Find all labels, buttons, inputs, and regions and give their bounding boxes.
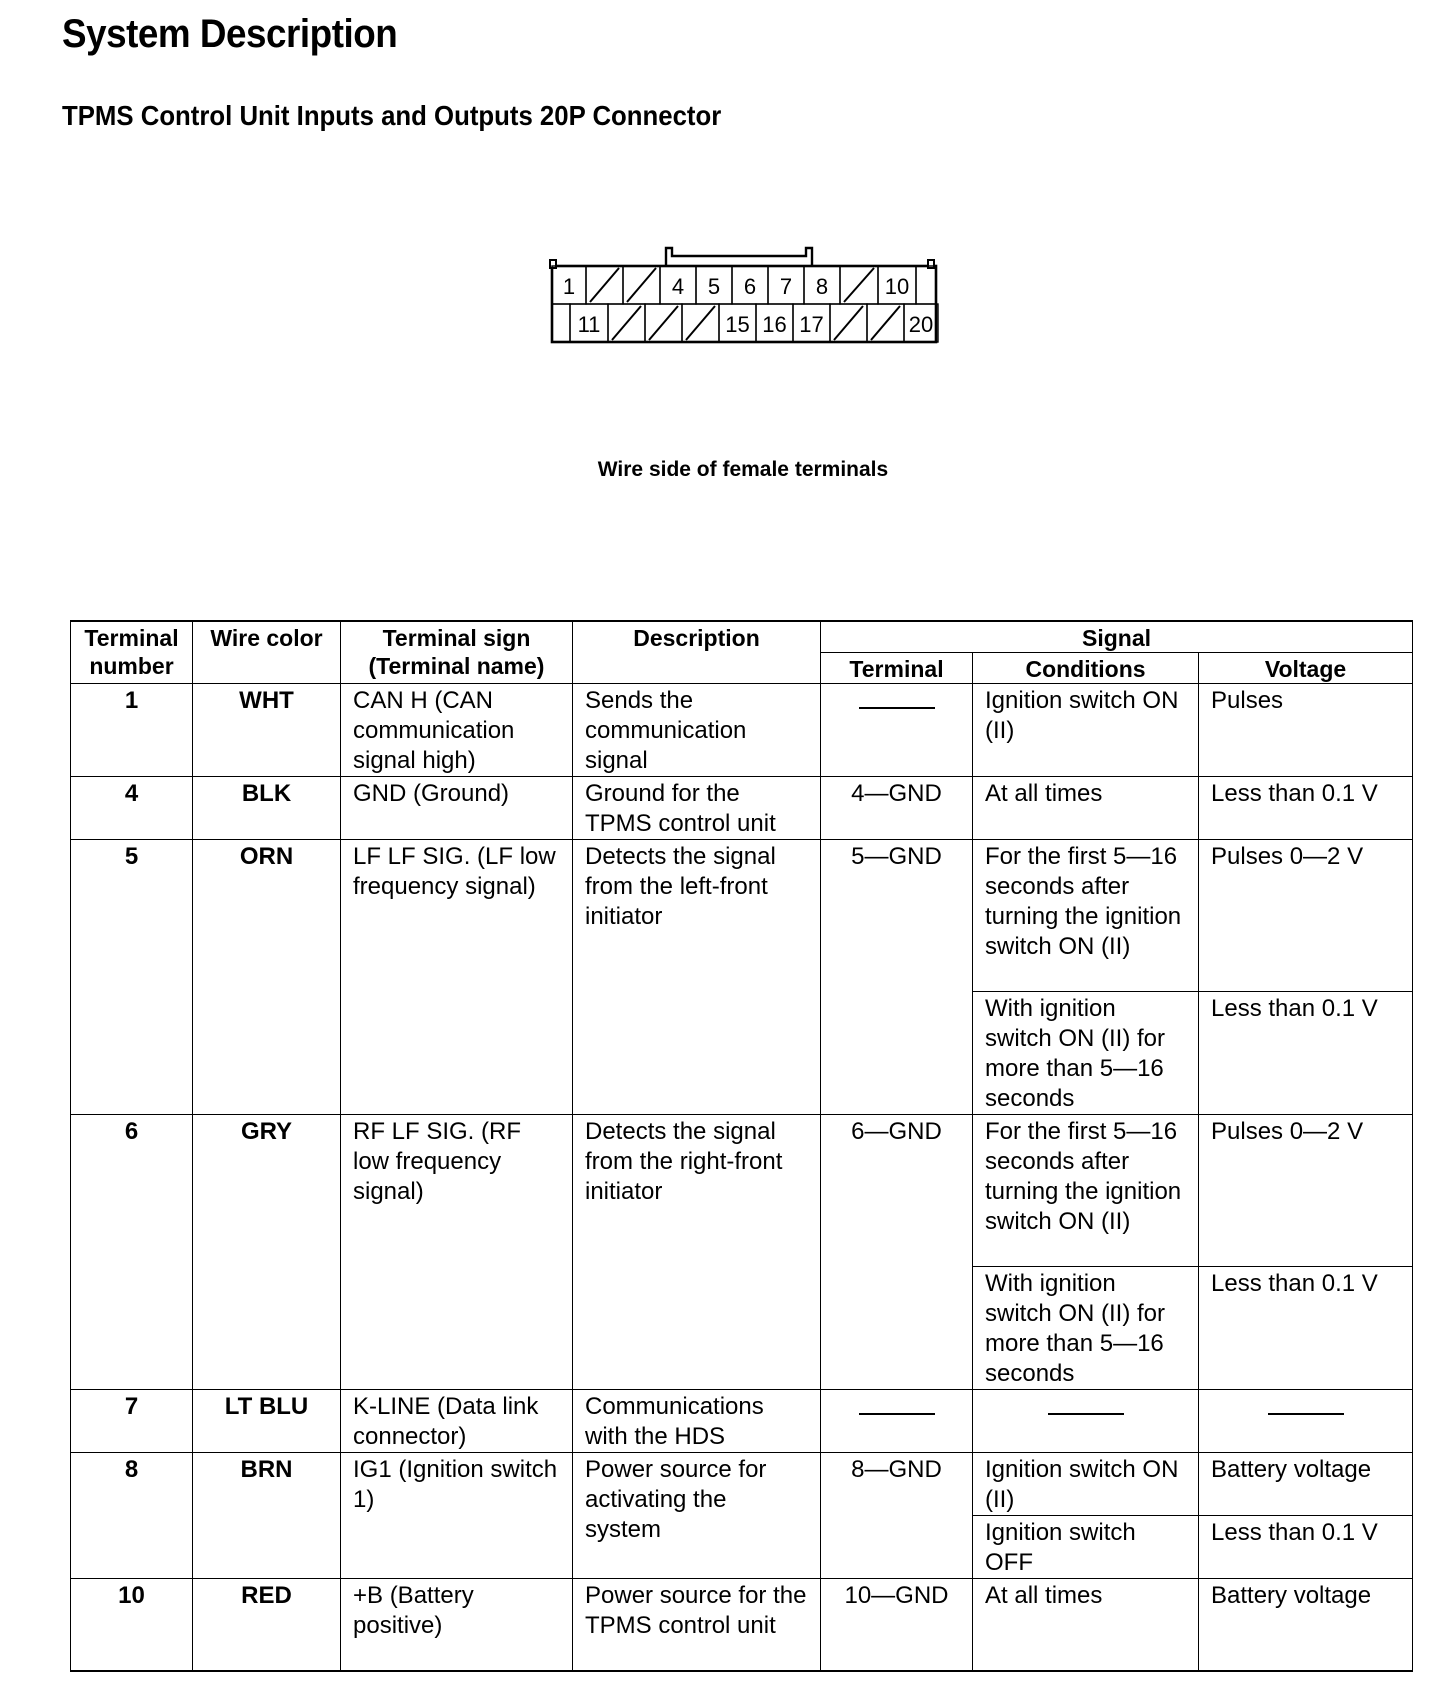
page-title: System Description [62,12,397,57]
description-cell: Power source for activating the system [573,1453,821,1579]
header-text: Terminal sign [383,625,531,651]
header-signal-conditions: Conditions [973,653,1199,684]
svg-text:16: 16 [762,312,786,337]
header-terminal-sign: Terminal sign (Terminal name) [341,621,573,684]
signal-terminal-cell: 4—GND [821,777,973,840]
conditions-cell: Ignition switch ON (II) [973,684,1199,777]
terminal-table: Terminal number Wire color Terminal sign… [70,620,1413,1672]
table-row: 6GRYRF LF SIG. (RF low frequency signal)… [71,1115,1413,1267]
terminal-number-cell: 1 [71,684,193,777]
table-row: 10RED+B (Battery positive)Power source f… [71,1579,1413,1671]
conditions-cell: For the first 5—16 seconds after turning… [973,1115,1199,1267]
connector-20p-icon: 145678101115161720 [548,244,940,344]
description-cell: Detects the signal from the right-front … [573,1115,821,1390]
svg-text:1: 1 [563,274,575,299]
terminal-number-cell: 10 [71,1579,193,1671]
wire-color-cell: RED [193,1579,341,1671]
conditions-cell [973,1390,1199,1453]
svg-text:4: 4 [672,274,684,299]
header-text: Terminal [84,625,178,651]
voltage-cell [1199,1390,1413,1453]
header-signal-voltage: Voltage [1199,653,1413,684]
terminal-number-cell: 7 [71,1390,193,1453]
wire-color-cell: ORN [193,840,341,1115]
terminal-sign-cell: RF LF SIG. (RF low frequency signal) [341,1115,573,1390]
table-body: 1WHTCAN H (CAN communication signal high… [71,684,1413,1671]
not-applicable-dash [1268,1413,1344,1415]
terminal-sign-cell: K-LINE (Data link connector) [341,1390,573,1453]
terminal-sign-cell: LF LF SIG. (LF low frequency signal) [341,840,573,1115]
connector-caption: Wire side of female terminals [0,458,1456,482]
wire-color-cell: BRN [193,1453,341,1579]
header-text: number [89,653,173,679]
signal-terminal-cell: 8—GND [821,1453,973,1579]
voltage-cell: Less than 0.1 V [1199,1516,1413,1579]
signal-terminal-cell [821,684,973,777]
svg-text:17: 17 [799,312,823,337]
terminal-sign-cell: CAN H (CAN communication signal high) [341,684,573,777]
description-cell: Sends the communication signal [573,684,821,777]
svg-text:6: 6 [744,274,756,299]
header-text: (Terminal name) [369,653,545,679]
header-wire-color: Wire color [193,621,341,684]
not-applicable-dash [859,1413,935,1415]
wire-color-cell: BLK [193,777,341,840]
voltage-cell: Pulses 0—2 V [1199,840,1413,992]
table-row: 7LT BLUK-LINE (Data link connector)Commu… [71,1390,1413,1453]
signal-terminal-cell [821,1390,973,1453]
wire-color-cell: GRY [193,1115,341,1390]
conditions-cell: At all times [973,777,1199,840]
svg-text:10: 10 [885,274,909,299]
svg-text:11: 11 [578,312,601,337]
description-cell: Power source for the TPMS control unit [573,1579,821,1671]
voltage-cell: Battery voltage [1199,1453,1413,1516]
conditions-cell: Ignition switch ON (II) [973,1453,1199,1516]
terminal-number-cell: 8 [71,1453,193,1579]
conditions-cell: With ignition switch ON (II) for more th… [973,1267,1199,1390]
not-applicable-dash [859,707,935,709]
header-signal: Signal [821,621,1413,653]
terminal-sign-cell: GND (Ground) [341,777,573,840]
table-row: 4BLKGND (Ground)Ground for the TPMS cont… [71,777,1413,840]
conditions-cell: At all times [973,1579,1199,1671]
terminal-number-cell: 5 [71,840,193,1115]
description-cell: Ground for the TPMS control unit [573,777,821,840]
terminal-number-cell: 4 [71,777,193,840]
header-signal-terminal: Terminal [821,653,973,684]
voltage-cell: Pulses 0—2 V [1199,1115,1413,1267]
voltage-cell: Less than 0.1 V [1199,992,1413,1115]
wire-color-cell: LT BLU [193,1390,341,1453]
conditions-cell: For the first 5—16 seconds after turning… [973,840,1199,992]
voltage-cell: Less than 0.1 V [1199,777,1413,840]
conditions-cell: Ignition switch OFF [973,1516,1199,1579]
voltage-cell: Pulses [1199,684,1413,777]
svg-text:8: 8 [816,274,828,299]
svg-text:20: 20 [909,312,933,337]
wire-color-cell: WHT [193,684,341,777]
signal-terminal-cell: 5—GND [821,840,973,1115]
svg-text:5: 5 [708,274,720,299]
table-row: 1WHTCAN H (CAN communication signal high… [71,684,1413,777]
signal-terminal-cell: 10—GND [821,1579,973,1671]
signal-terminal-cell: 6—GND [821,1115,973,1390]
section-title: TPMS Control Unit Inputs and Outputs 20P… [62,100,721,132]
header-terminal-number: Terminal number [71,621,193,684]
svg-text:15: 15 [725,312,749,337]
description-cell: Detects the signal from the left-front i… [573,840,821,1115]
svg-text:7: 7 [780,274,792,299]
table-row: 8BRNIG1 (Ignition switch 1)Power source … [71,1453,1413,1516]
description-cell: Communications with the HDS [573,1390,821,1453]
not-applicable-dash [1048,1413,1124,1415]
voltage-cell: Battery voltage [1199,1579,1413,1671]
conditions-cell: With ignition switch ON (II) for more th… [973,992,1199,1115]
terminal-number-cell: 6 [71,1115,193,1390]
header-description: Description [573,621,821,684]
terminal-sign-cell: IG1 (Ignition switch 1) [341,1453,573,1579]
table-row: 5ORNLF LF SIG. (LF low frequency signal)… [71,840,1413,992]
terminal-sign-cell: +B (Battery positive) [341,1579,573,1671]
connector-diagram: 145678101115161720 [548,244,940,344]
voltage-cell: Less than 0.1 V [1199,1267,1413,1390]
